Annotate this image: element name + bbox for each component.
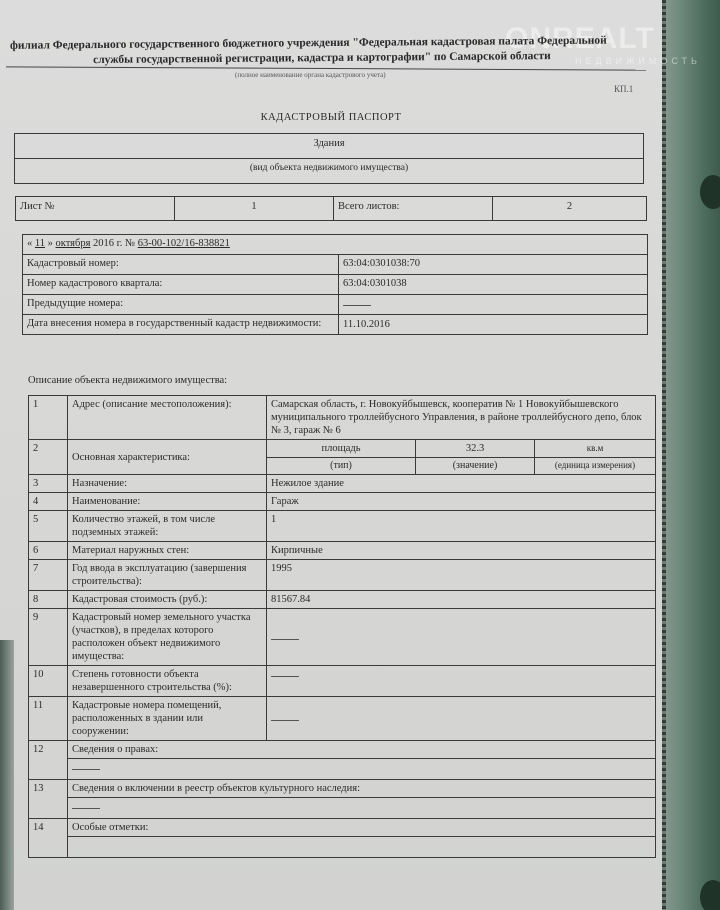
table-row: 8 Кадастровая стоимость (руб.): 81567.84: [29, 591, 656, 609]
previous-numbers-label: Предыдущие номера:: [23, 295, 339, 315]
sheet-label: Лист №: [16, 197, 175, 221]
cadastral-value-value: 81567.84: [267, 591, 656, 609]
quarter-number-value: 63:04:0301038: [339, 275, 648, 295]
commission-year-value: 1995: [267, 560, 656, 591]
row-number: 12: [29, 741, 68, 780]
row-number: 5: [29, 511, 68, 542]
sheet-number: 1: [175, 197, 334, 221]
table-row: [29, 759, 656, 780]
description-title: Описание объекта недвижимого имущества:: [28, 375, 227, 386]
registration-year: 2016 г. №: [93, 238, 135, 249]
row-number: 11: [29, 697, 68, 741]
table-row: 1 Адрес (описание местоположения): Самар…: [29, 396, 656, 440]
table-row: 10 Степень готовности объекта незавершен…: [29, 666, 656, 697]
premises-numbers-value: [267, 697, 656, 741]
total-sheets-label: Всего листов:: [334, 197, 493, 221]
table-row: 7 Год ввода в эксплуатацию (завершения с…: [29, 560, 656, 591]
table-row: 6 Материал наружных стен: Кирпичные: [29, 542, 656, 560]
organization-name: филиал Федерального государственного бюд…: [10, 33, 650, 69]
table-row: 4 Наименование: Гараж: [29, 493, 656, 511]
address-label: Адрес (описание местоположения):: [68, 396, 267, 440]
row-number: 7: [29, 560, 68, 591]
land-plot-value: [267, 609, 656, 666]
purpose-label: Назначение:: [68, 475, 267, 493]
cadastral-number-label: Кадастровый номер:: [23, 255, 339, 275]
premises-numbers-label: Кадастровые номера помещений, расположен…: [68, 697, 267, 741]
heritage-label: Сведения о включении в реестр объектов к…: [68, 780, 656, 798]
table-row: 5 Количество этажей, в том числе подземн…: [29, 511, 656, 542]
name-value: Гараж: [267, 493, 656, 511]
purpose-value: Нежилое здание: [267, 475, 656, 493]
sheet-table: Лист № 1 Всего листов: 2: [15, 196, 647, 221]
entry-date-label: Дата внесения номера в государственный к…: [23, 315, 339, 335]
empty-dash: [271, 639, 299, 640]
row-number: 9: [29, 609, 68, 666]
organization-caption: (полное наименование органа кадастрового…: [235, 71, 386, 79]
commission-year-label: Год ввода в эксплуатацию (завершения стр…: [68, 560, 267, 591]
characteristic-unit: кв.м: [535, 440, 656, 458]
empty-dash: [271, 720, 299, 721]
wall-material-label: Материал наружных стен:: [68, 542, 267, 560]
table-row: 3 Назначение: Нежилое здание: [29, 475, 656, 493]
empty-dash: [72, 808, 100, 809]
table-row: 9 Кадастровый номер земельного участка (…: [29, 609, 656, 666]
wall-material-value: Кирпичные: [267, 542, 656, 560]
value-caption: (значение): [416, 458, 535, 475]
special-notes-value: [68, 837, 656, 858]
address-value: Самарская область, г. Новокуйбышевск, ко…: [267, 396, 656, 440]
cadastral-value-label: Кадастровая стоимость (руб.):: [68, 591, 267, 609]
binder-hole: [700, 175, 720, 209]
binder-hole: [700, 880, 720, 910]
empty-dash: [72, 769, 100, 770]
table-row: 13 Сведения о включении в реестр объекто…: [29, 780, 656, 798]
row-number: 4: [29, 493, 68, 511]
entry-date-value: 11.10.2016: [339, 315, 648, 335]
row-number: 6: [29, 542, 68, 560]
table-row: Дата внесения номера в государственный к…: [23, 315, 648, 335]
binder-background: [662, 0, 720, 910]
object-kind-caption: (вид объекта недвижимого имущества): [15, 159, 644, 184]
registration-table: « 11 » октября 2016 г. № 63-00-102/16-83…: [22, 234, 648, 335]
rights-label: Сведения о правах:: [68, 741, 656, 759]
heritage-value: [68, 798, 656, 819]
characteristic-value: 32.3: [416, 440, 535, 458]
row-number: 14: [29, 819, 68, 858]
registration-month: октября: [56, 238, 91, 249]
table-row: Кадастровый номер: 63:04:0301038:70: [23, 255, 648, 275]
row-number: 8: [29, 591, 68, 609]
table-row: [29, 837, 656, 858]
document-title: КАДАСТРОВЫЙ ПАСПОРТ: [0, 112, 662, 123]
document-page: ONREALT НЕДВИЖИМОСТЬ филиал Федерального…: [0, 0, 662, 910]
type-caption: (тип): [267, 458, 416, 475]
registration-day: 11: [35, 238, 45, 249]
empty-dash: [271, 676, 299, 677]
description-table: 1 Адрес (описание местоположения): Самар…: [28, 395, 656, 858]
land-plot-label: Кадастровый номер земельного участка (уч…: [68, 609, 267, 666]
main-characteristic-label: Основная характеристика:: [68, 440, 267, 475]
row-number: 3: [29, 475, 68, 493]
name-label: Наименование:: [68, 493, 267, 511]
row-number: 1: [29, 396, 68, 440]
table-row: 12 Сведения о правах:: [29, 741, 656, 759]
table-row: 14 Особые отметки:: [29, 819, 656, 837]
registration-number: 63-00-102/16-838821: [138, 238, 230, 249]
floors-label: Количество этажей, в том числе подземных…: [68, 511, 267, 542]
table-row: Предыдущие номера:: [23, 295, 648, 315]
characteristic-type: площадь: [267, 440, 416, 458]
table-row: 2 Основная характеристика: площадь 32.3 …: [29, 440, 656, 458]
floors-value: 1: [267, 511, 656, 542]
empty-dash: [343, 305, 371, 306]
table-row: Номер кадастрового квартала: 63:04:03010…: [23, 275, 648, 295]
cadastral-number-value: 63:04:0301038:70: [339, 255, 648, 275]
quarter-number-label: Номер кадастрового квартала:: [23, 275, 339, 295]
row-number: 13: [29, 780, 68, 819]
total-sheets-value: 2: [493, 197, 647, 221]
rights-value: [68, 759, 656, 780]
readiness-value: [267, 666, 656, 697]
registration-header: « 11 » октября 2016 г. № 63-00-102/16-83…: [23, 235, 648, 255]
form-code: КП.1: [614, 84, 633, 94]
unit-caption: (единица измерения): [535, 458, 656, 475]
previous-numbers-value: [339, 295, 648, 315]
object-kind-value: Здания: [15, 134, 644, 159]
row-number: 10: [29, 666, 68, 697]
row-number: 2: [29, 440, 68, 475]
special-notes-label: Особые отметки:: [68, 819, 656, 837]
table-row: [29, 798, 656, 819]
readiness-label: Степень готовности объекта незавершенног…: [68, 666, 267, 697]
object-kind-table: Здания (вид объекта недвижимого имуществ…: [14, 133, 644, 184]
page-edge-shadow: [0, 640, 14, 910]
table-row: 11 Кадастровые номера помещений, располо…: [29, 697, 656, 741]
